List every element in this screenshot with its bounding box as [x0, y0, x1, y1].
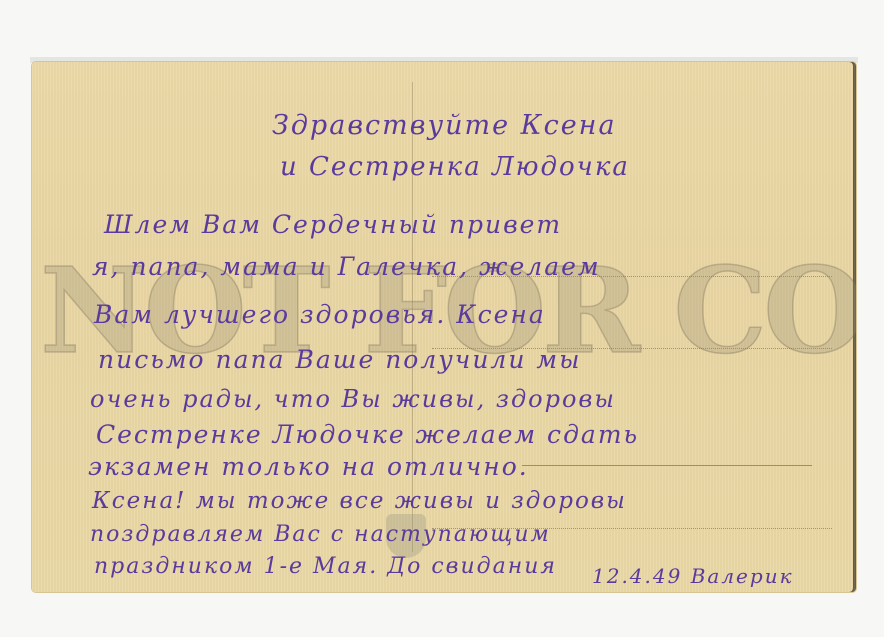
postcard: NOT FOR COPY Здравствуйте Ксена и Сестре… [32, 62, 856, 592]
handwriting-line-6: письмо папа Ваше получили мы [98, 347, 581, 372]
handwriting-line-11: поздравляем Вас с наступающим [90, 524, 551, 546]
handwriting-line-3: Шлем Вам Сердечный привет [104, 212, 562, 237]
handwriting-line-7: очень рады, что Вы живы, здоровы [90, 387, 616, 411]
handwriting-line-1: Здравствуйте Ксена [272, 112, 617, 139]
handwriting-line-5: Вам лучшего здоровья. Ксена [94, 302, 546, 327]
address-line [522, 465, 812, 466]
handwriting-line-9: экзамен только на отлично. [88, 454, 529, 479]
handwriting-line-10: Ксена! мы тоже все живы и здоровы [92, 490, 627, 513]
handwriting-line-2: и Сестренка Людочка [280, 154, 630, 180]
signature-date: 12.4.49 Валерик [592, 566, 794, 586]
handwriting-line-4: я, папа, мама и Галечка, желаем [92, 254, 601, 279]
handwriting-line-8: Сестренке Людочке желаем сдать [96, 422, 639, 447]
handwriting-line-12: праздником 1-е Мая. До свидания [94, 556, 557, 578]
